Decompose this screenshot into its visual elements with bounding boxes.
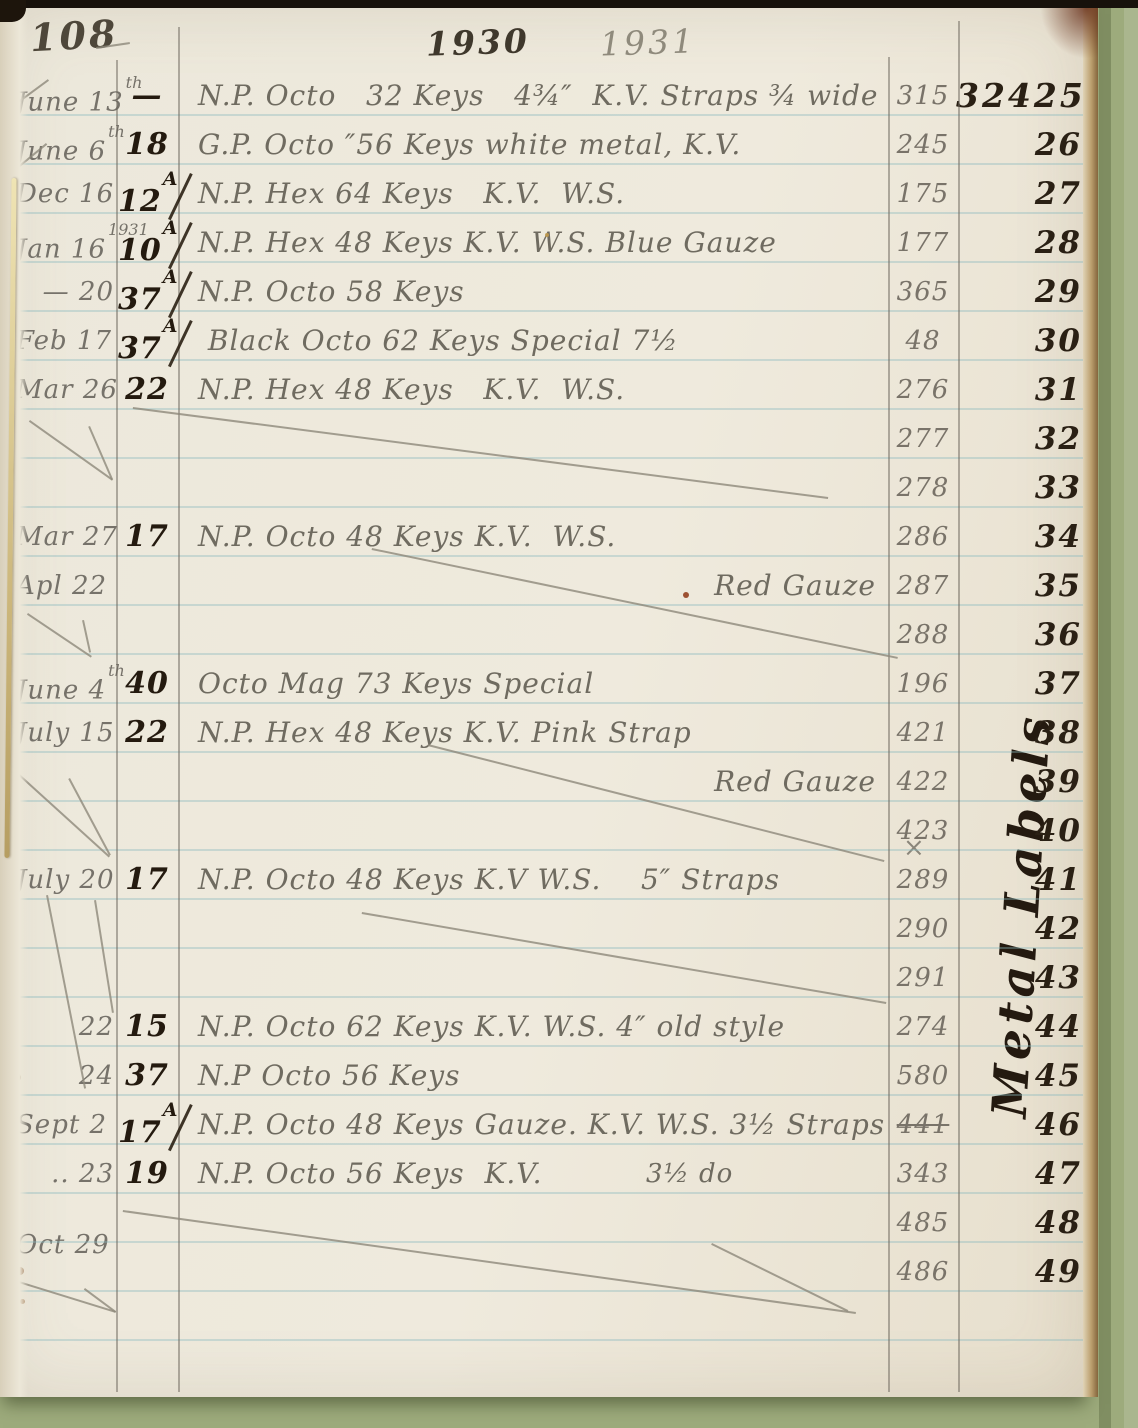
ruled-line [0, 898, 1083, 900]
ruled-line [0, 1241, 1083, 1243]
scan-background: 108 1930 1931 Metal Labels × June 13th—N… [0, 0, 1138, 1428]
entry-date-text: Feb 17 [16, 326, 112, 356]
ruled-line [0, 947, 1083, 949]
entry-quantity-mark: A [163, 217, 179, 239]
ruled-line [0, 702, 1083, 704]
entry-quantity-value: 40 [125, 666, 169, 701]
foxing-spot [545, 233, 549, 237]
ruled-line [0, 800, 1083, 802]
entry-quantity-mark: A [163, 168, 179, 190]
year-1930: 1930 [425, 21, 530, 64]
ruled-line [0, 653, 1083, 655]
entry-quantity-value: 17 [125, 862, 169, 897]
ruled-line [0, 408, 1083, 410]
ruled-line [0, 849, 1083, 851]
entry-date-text: Dec 16 [16, 179, 114, 209]
foxing-spot [683, 592, 689, 598]
ruled-line [0, 114, 1083, 116]
ruled-line [0, 457, 1083, 459]
entry-date-text: Mar 26 [16, 375, 118, 405]
page-corner-stain [1040, 7, 1098, 59]
entry-quantity-mark: A [163, 266, 179, 288]
ruled-line [0, 1094, 1083, 1096]
ruled-line [0, 1290, 1083, 1292]
year-1931: 1931 [599, 21, 696, 63]
photo-top-edge [0, 0, 1138, 8]
ruled-line [0, 359, 1083, 361]
entry-date-text: Sept 2 [16, 1110, 107, 1140]
ruled-line [0, 751, 1083, 753]
entry-quantity-value: 22 [125, 372, 169, 407]
ruled-line [0, 261, 1083, 263]
entry-date-text: — 20 [43, 277, 114, 307]
ruled-line [0, 1143, 1083, 1145]
ledger-page: 108 1930 1931 Metal Labels × June 13th—N… [0, 7, 1083, 1397]
page-number: 108 [29, 11, 120, 61]
entry-date-text: Mar 27 [16, 522, 118, 552]
page-edge [1083, 7, 1098, 1397]
ruled-line [0, 212, 1083, 214]
background-light-band [1124, 0, 1138, 1428]
entry-date-text: 22 [79, 1012, 114, 1042]
ruled-line [0, 604, 1083, 606]
ruled-line [0, 1339, 1083, 1341]
column-rule [888, 57, 890, 1392]
column-rule [116, 60, 118, 1392]
entry-quantity-value: 19 [125, 1156, 169, 1191]
column-rule [178, 27, 180, 1392]
entry-date-text: Apl 22 [16, 571, 107, 601]
ruled-line [0, 163, 1083, 165]
entry-quantity-value: 37 [125, 1058, 169, 1093]
entry-quantity-value: 17 [125, 519, 169, 554]
ruled-line [0, 996, 1083, 998]
entry-date-text: .. 23 [51, 1159, 114, 1189]
column-rule [958, 21, 960, 1392]
entry-date-text: July 15 [16, 718, 115, 748]
ruled-line [0, 1192, 1083, 1194]
entry-quantity-mark: A [163, 1099, 179, 1121]
ruled-line [0, 1045, 1083, 1047]
entry-quantity-value: 15 [125, 1009, 169, 1044]
entry-quantity-value: 18 [125, 127, 169, 162]
entry-quantity-mark: A [163, 315, 179, 337]
ruled-line [0, 555, 1083, 557]
ruled-line [0, 310, 1083, 312]
background-shadow-band [1099, 0, 1111, 1428]
entry-date-text: July 20 [16, 865, 115, 895]
ruled-line [0, 506, 1083, 508]
entry-quantity-value: 22 [125, 715, 169, 750]
entry-quantity-value: — [132, 78, 163, 113]
